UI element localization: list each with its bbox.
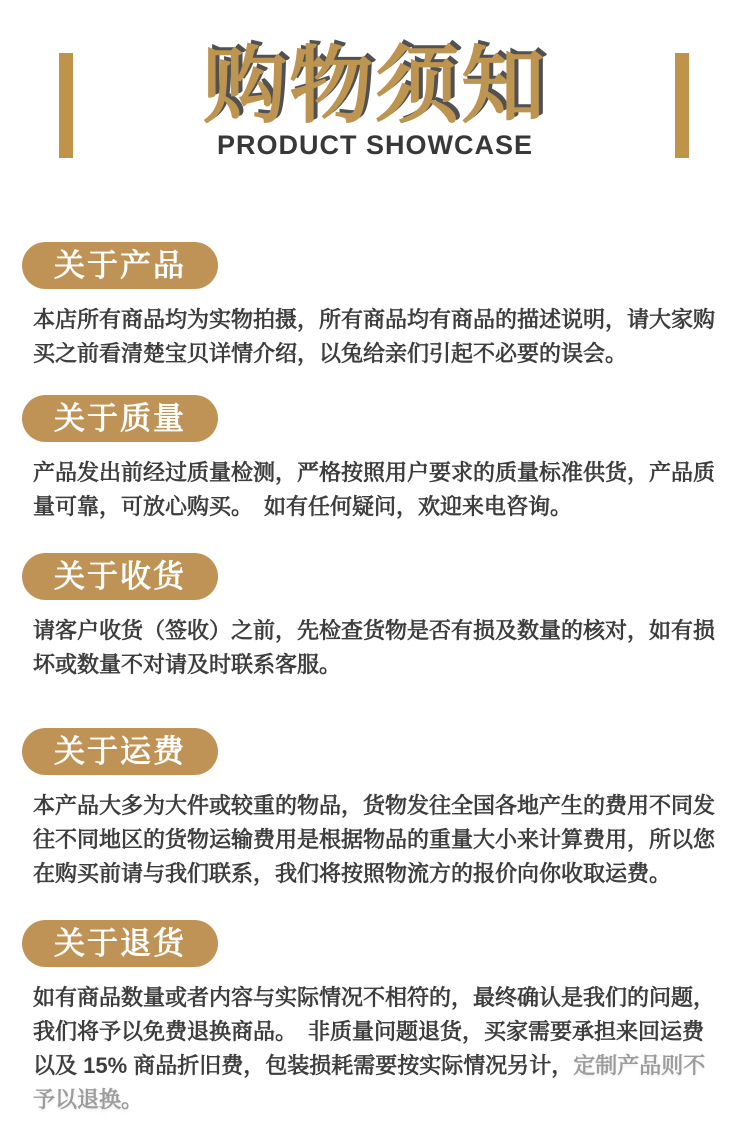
section-about-receipt: 关于收货 请客户收货（签收）之前，先检查货物是否有损及数量的核对，如有损坏或数量… bbox=[0, 553, 750, 682]
section-badge-quality: 关于质量 bbox=[22, 395, 218, 442]
section-text-receipt: 请客户收货（签收）之前，先检查货物是否有损及数量的核对，如有损坏或数量不对请及时… bbox=[33, 614, 717, 682]
section-about-returns: 关于退货 如有商品数量或者内容与实际情况不相符的，最终确认是我们的问题， 我们将… bbox=[0, 920, 750, 1117]
section-badge-shipping: 关于运费 bbox=[22, 728, 218, 775]
right-gold-bar bbox=[675, 53, 689, 158]
shopping-notice-page: 购物须知 PRODUCT SHOWCASE 关于产品 本店所有商品均为实物拍摄，… bbox=[0, 0, 750, 1130]
section-text-quality: 产品发出前经过质量检测，严格按照用户要求的质量标准供货，产品质量可靠，可放心购买… bbox=[33, 456, 717, 524]
section-about-product: 关于产品 本店所有商品均为实物拍摄，所有商品均有商品的描述说明，请大家购买之前看… bbox=[0, 242, 750, 371]
section-about-quality: 关于质量 产品发出前经过质量检测，严格按照用户要求的质量标准供货，产品质量可靠，… bbox=[0, 395, 750, 524]
section-text-returns: 如有商品数量或者内容与实际情况不相符的，最终确认是我们的问题， 我们将予以免费退… bbox=[33, 981, 717, 1117]
page-title: 购物须知 bbox=[0, 44, 750, 128]
section-text-shipping: 本产品大多为大件或较重的物品，货物发往全国各地产生的费用不同发往不同地区的货物运… bbox=[33, 789, 717, 891]
left-gold-bar bbox=[59, 53, 73, 158]
section-badge-product: 关于产品 bbox=[22, 242, 218, 289]
page-subtitle: PRODUCT SHOWCASE bbox=[0, 132, 750, 159]
section-badge-returns: 关于退货 bbox=[22, 920, 218, 967]
section-text-product: 本店所有商品均为实物拍摄，所有商品均有商品的描述说明，请大家购买之前看清楚宝贝详… bbox=[33, 303, 717, 371]
section-badge-receipt: 关于收货 bbox=[22, 553, 218, 600]
section-about-shipping: 关于运费 本产品大多为大件或较重的物品，货物发往全国各地产生的费用不同发往不同地… bbox=[0, 728, 750, 891]
page-header: 购物须知 PRODUCT SHOWCASE bbox=[0, 0, 750, 159]
